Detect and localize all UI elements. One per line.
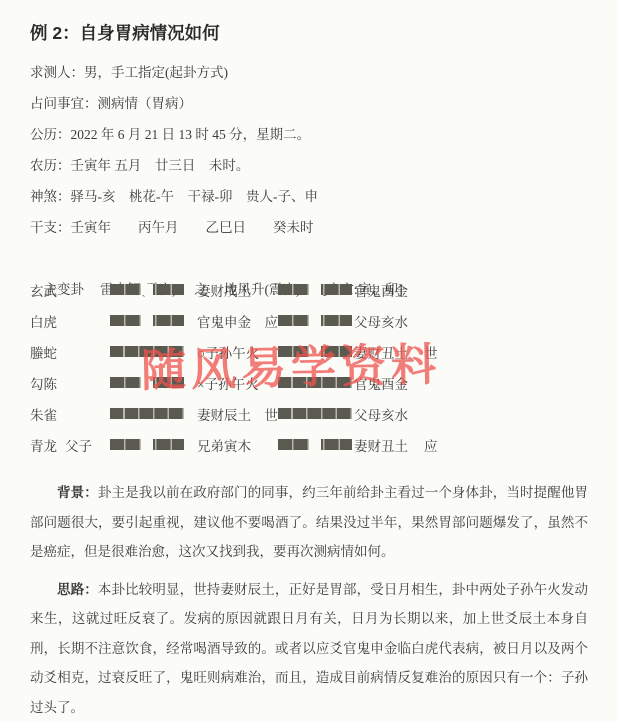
paragraph-background: 背景：卦主是我以前在政府部门的同事，约三年前给卦主看过一个身体卦，当时提醒他胃部… <box>30 478 588 567</box>
yao-text-main: ×子孙午火 <box>197 373 259 393</box>
info-line-question: 占问事宜：测病情（胃病） <box>30 88 588 119</box>
info-line-ganzhi: 干支：壬寅年 丙午月 乙巳日 癸未时 <box>30 212 588 243</box>
yao-text-main: 妻财戌土 <box>197 280 251 300</box>
paragraph-reasoning: 思路：本卦比较明显，世持妻财辰土，正好是胃部，受日月相生，卦中两处子孙午火发动来… <box>30 575 588 722</box>
hexagram-row: 青龙 父子 兄弟寅木 妻财丑土 应 <box>30 429 588 460</box>
info-line-seeker: 求测人：男，手工指定(起卦方式) <box>30 57 588 88</box>
yao-text-main: 官鬼申金 <box>197 311 251 331</box>
paragraph-label: 思路： <box>57 582 98 597</box>
yao-text-changed: 官鬼酉金 <box>354 280 408 300</box>
yao-line-changed <box>278 315 352 326</box>
shi-ying-marker-main: 世 <box>265 404 279 424</box>
yao-line-main <box>110 408 184 419</box>
paragraph-label: 背景： <box>57 485 98 500</box>
yao-text-main: ○子孙午火 <box>197 342 259 362</box>
yao-line-main <box>110 439 184 450</box>
hexagram-row: 勾陈 ×子孙午火 官鬼酉金 <box>30 367 588 398</box>
yao-line-main <box>110 346 184 357</box>
shi-ying-marker-changed: 应 <box>424 435 438 455</box>
yao-text-changed: 妻财丑土 <box>354 435 408 455</box>
info-line-solar-date: 公历：2022 年 6 月 21 日 13 时 45 分，星期二。 <box>30 119 588 150</box>
yao-line-changed <box>278 284 352 295</box>
yao-line-main <box>110 284 184 295</box>
yao-line-changed <box>278 346 352 357</box>
document-page: 例 2：自身胃病情况如何 求测人：男，手工指定(起卦方式) 占问事宜：测病情（胃… <box>0 0 617 722</box>
hexagram-row: 白虎 官鬼申金应 父母亥水 <box>30 305 588 336</box>
analysis-section: 背景：卦主是我以前在政府部门的同事，约三年前给卦主看过一个身体卦，当时提醒他胃部… <box>30 478 588 722</box>
yao-line-main <box>110 315 184 326</box>
yao-line-changed <box>278 439 352 450</box>
paragraph-text: 卦主是我以前在政府部门的同事，约三年前给卦主看过一个身体卦，当时提醒他胃部问题很… <box>30 485 588 559</box>
six-god-label: 白虎 <box>30 311 65 331</box>
six-god-label: 青龙 <box>30 435 65 455</box>
hexagram-row: 朱雀 妻财辰土世 父母亥水 <box>30 398 588 429</box>
yao-text-changed: 父母亥水 <box>354 404 408 424</box>
yao-line-changed <box>278 377 352 388</box>
hidden-spirit-label: 父子 <box>65 435 110 455</box>
yao-line-changed <box>278 408 352 419</box>
hexagram-header: 主变卦雷水解(震宫)之地风升(震宫)[空亡:寅、卯] <box>30 243 588 274</box>
info-line-shensha: 神煞：驿马-亥 桃花-午 干禄-卯 贵人-子、申 <box>30 181 588 212</box>
yao-text-main: 妻财辰土 <box>197 404 251 424</box>
six-god-label: 朱雀 <box>30 404 65 424</box>
paragraph-text: 本卦比较明显，世持妻财辰土，正好是胃部，受日月相生，卦中两处子孙午火发动来生，这… <box>30 582 588 715</box>
hexagram-row: 螣蛇 ○子孙午火 妻财丑土 世 <box>30 336 588 367</box>
yao-text-main: 兄弟寅木 <box>197 435 251 455</box>
info-line-lunar-date: 农历：壬寅年 五月 廿三日 未时。 <box>30 150 588 181</box>
yao-text-changed: 官鬼酉金 <box>354 373 408 393</box>
yao-text-changed: 妻财丑土 <box>354 342 408 362</box>
shi-ying-marker-main: 应 <box>265 311 279 331</box>
yao-line-main <box>110 377 184 388</box>
six-god-label: 螣蛇 <box>30 342 65 362</box>
page-title: 例 2：自身胃病情况如何 <box>30 22 588 45</box>
six-god-label: 玄武 <box>30 280 65 300</box>
yao-text-changed: 父母亥水 <box>354 311 408 331</box>
shi-ying-marker-changed: 世 <box>424 342 438 362</box>
six-god-label: 勾陈 <box>30 373 65 393</box>
